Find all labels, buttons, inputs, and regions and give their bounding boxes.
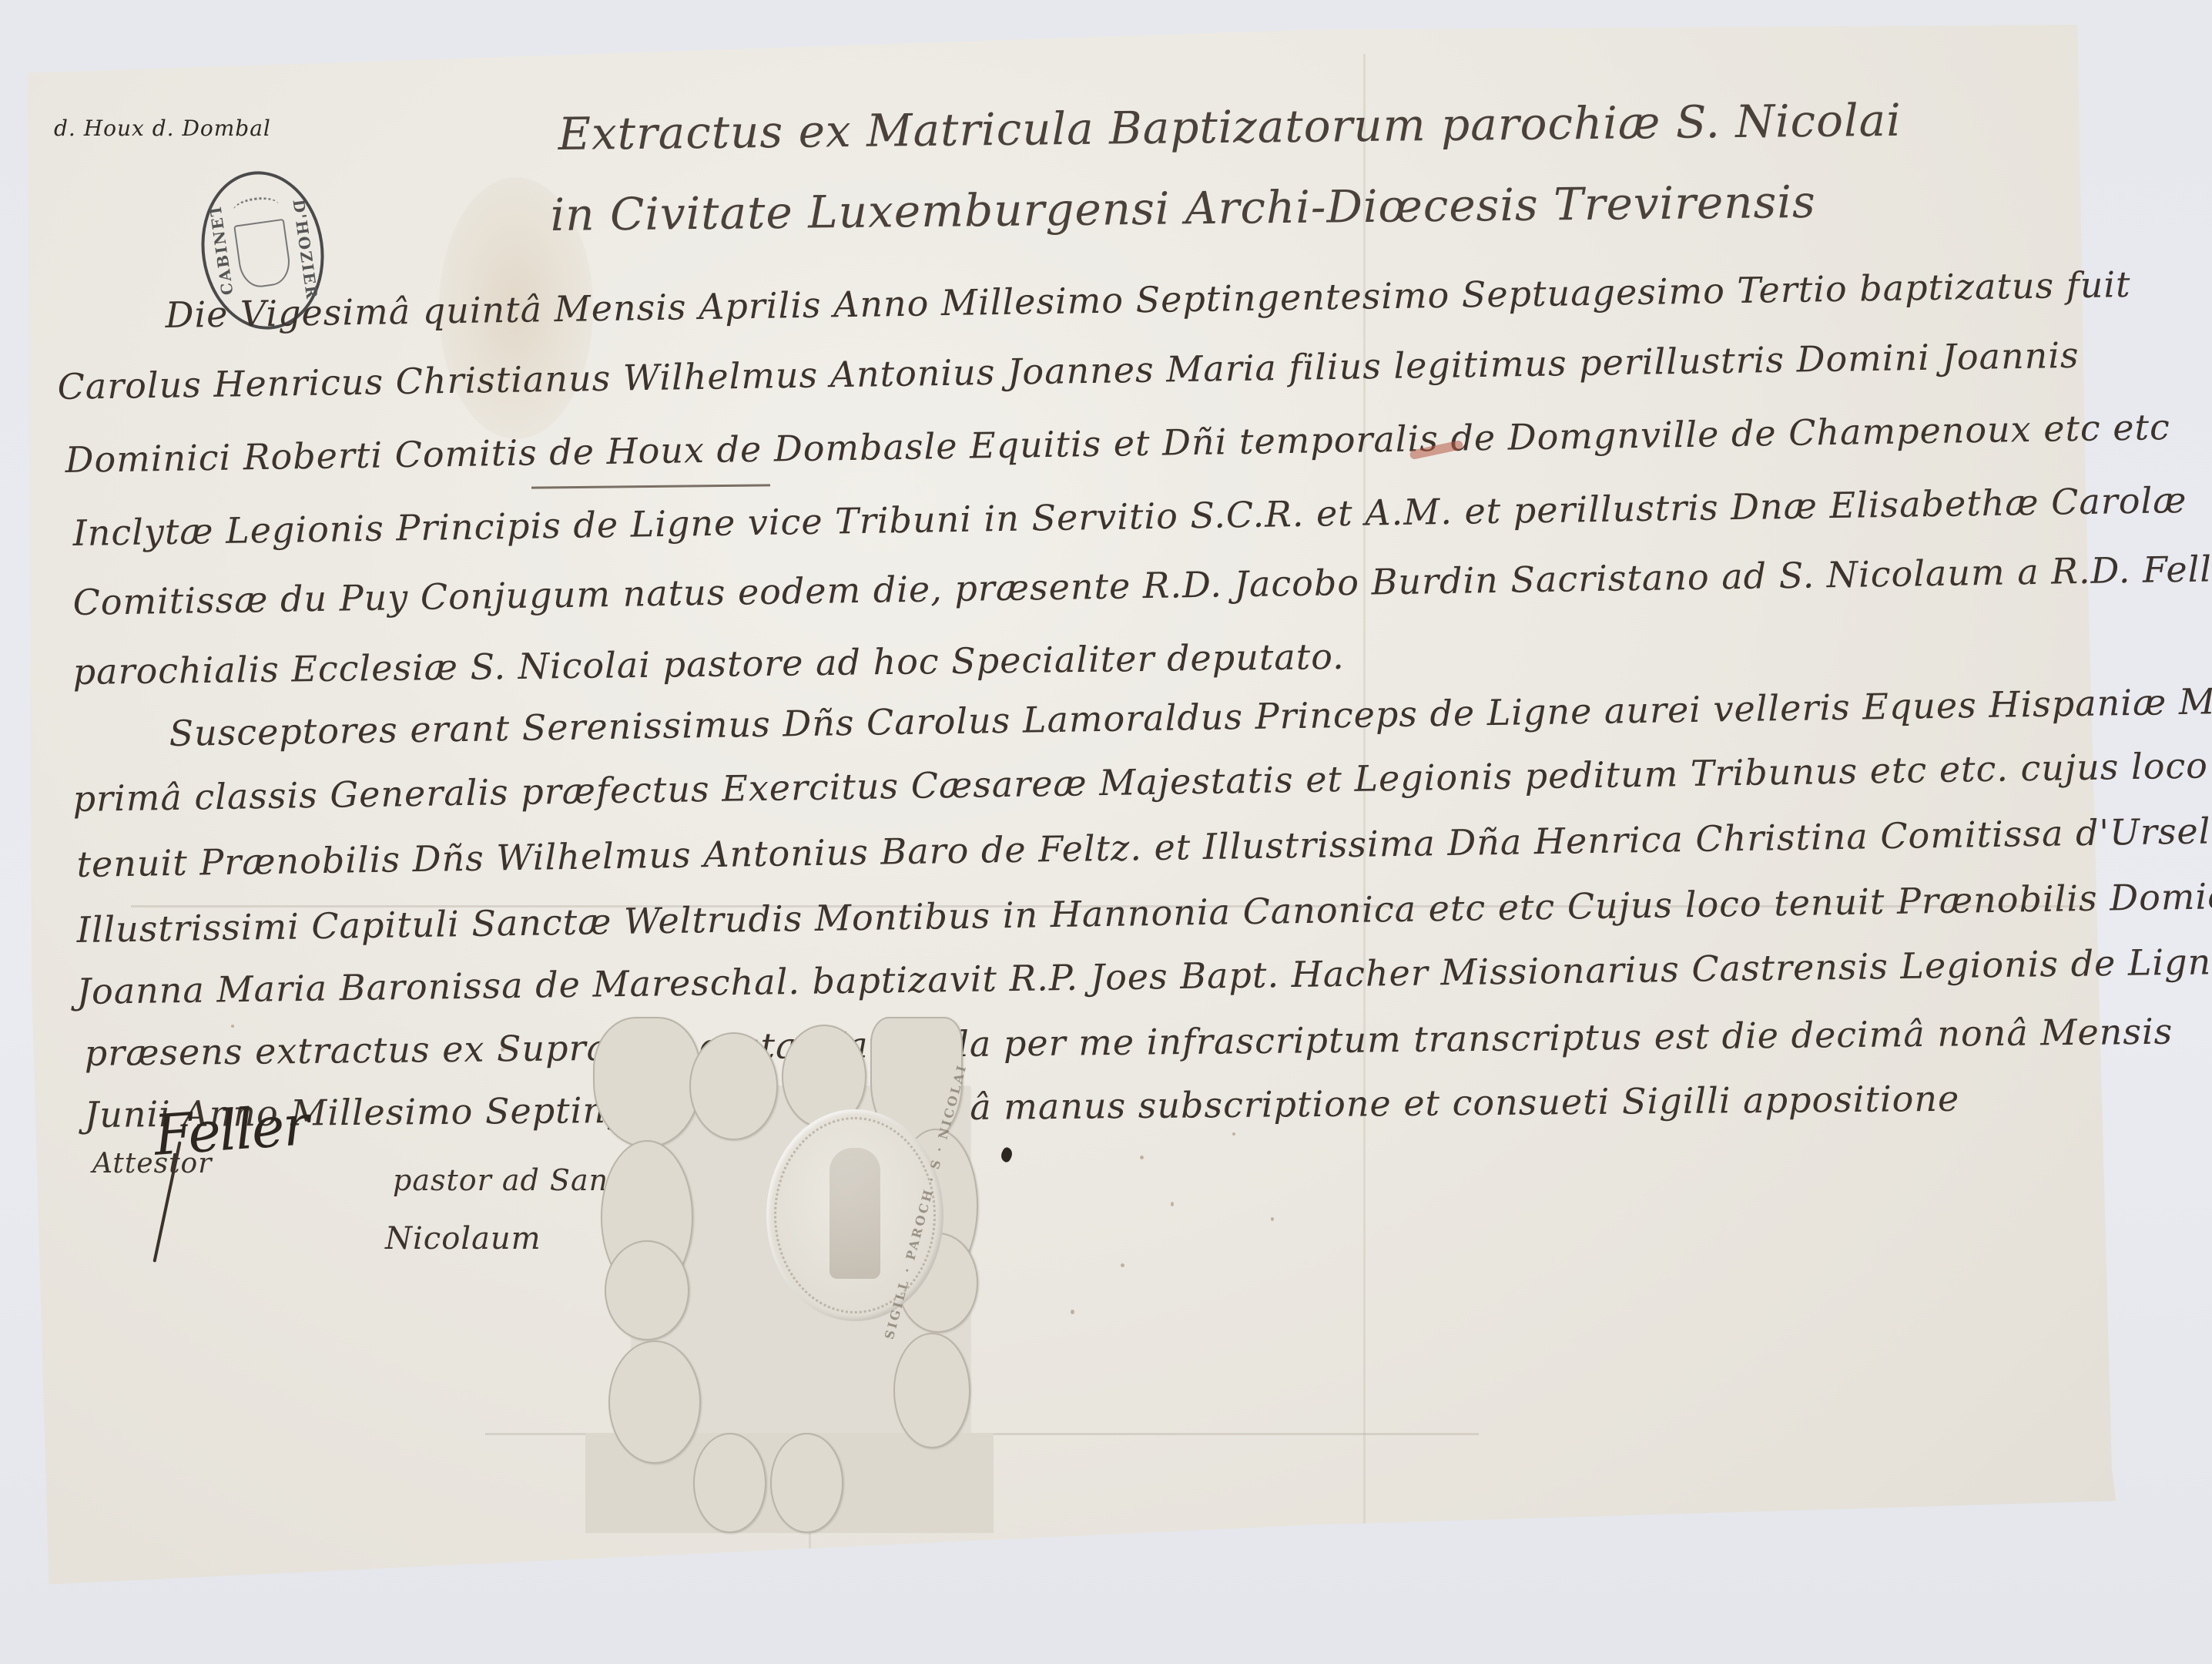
foxing-spot [1140,1156,1144,1159]
foxing-spot [1232,1132,1235,1136]
coat-of-arms-icon [233,219,293,290]
signature-title-line2: Nicolaum [385,1221,541,1256]
foxing-spot [1271,1217,1274,1221]
corner-note: d. Houx d. Dombal [54,116,271,141]
saint-figure-icon [829,1148,880,1279]
embossed-wafer-seal: SIGILL · PAROCH · S · NICOLAI [585,1001,1017,1533]
foxing-spot [1121,1263,1124,1267]
embossed-seal-medallion: SIGILL · PAROCH · S · NICOLAI [766,1109,943,1321]
foxing-spot [231,1025,234,1028]
wafer-scallop [689,1032,778,1140]
stamp-text-left: CABINET [206,202,236,296]
wafer-scallop [893,1333,970,1448]
foxing-spot [1071,1310,1074,1314]
wafer-scallop [593,1017,701,1148]
wafer-scallop [693,1433,766,1533]
foxing-spot [1171,1202,1174,1206]
wafer-scallop [605,1240,689,1340]
wafer-scallop [770,1433,843,1533]
wafer-scallop [608,1340,701,1464]
crown-icon [232,195,280,222]
